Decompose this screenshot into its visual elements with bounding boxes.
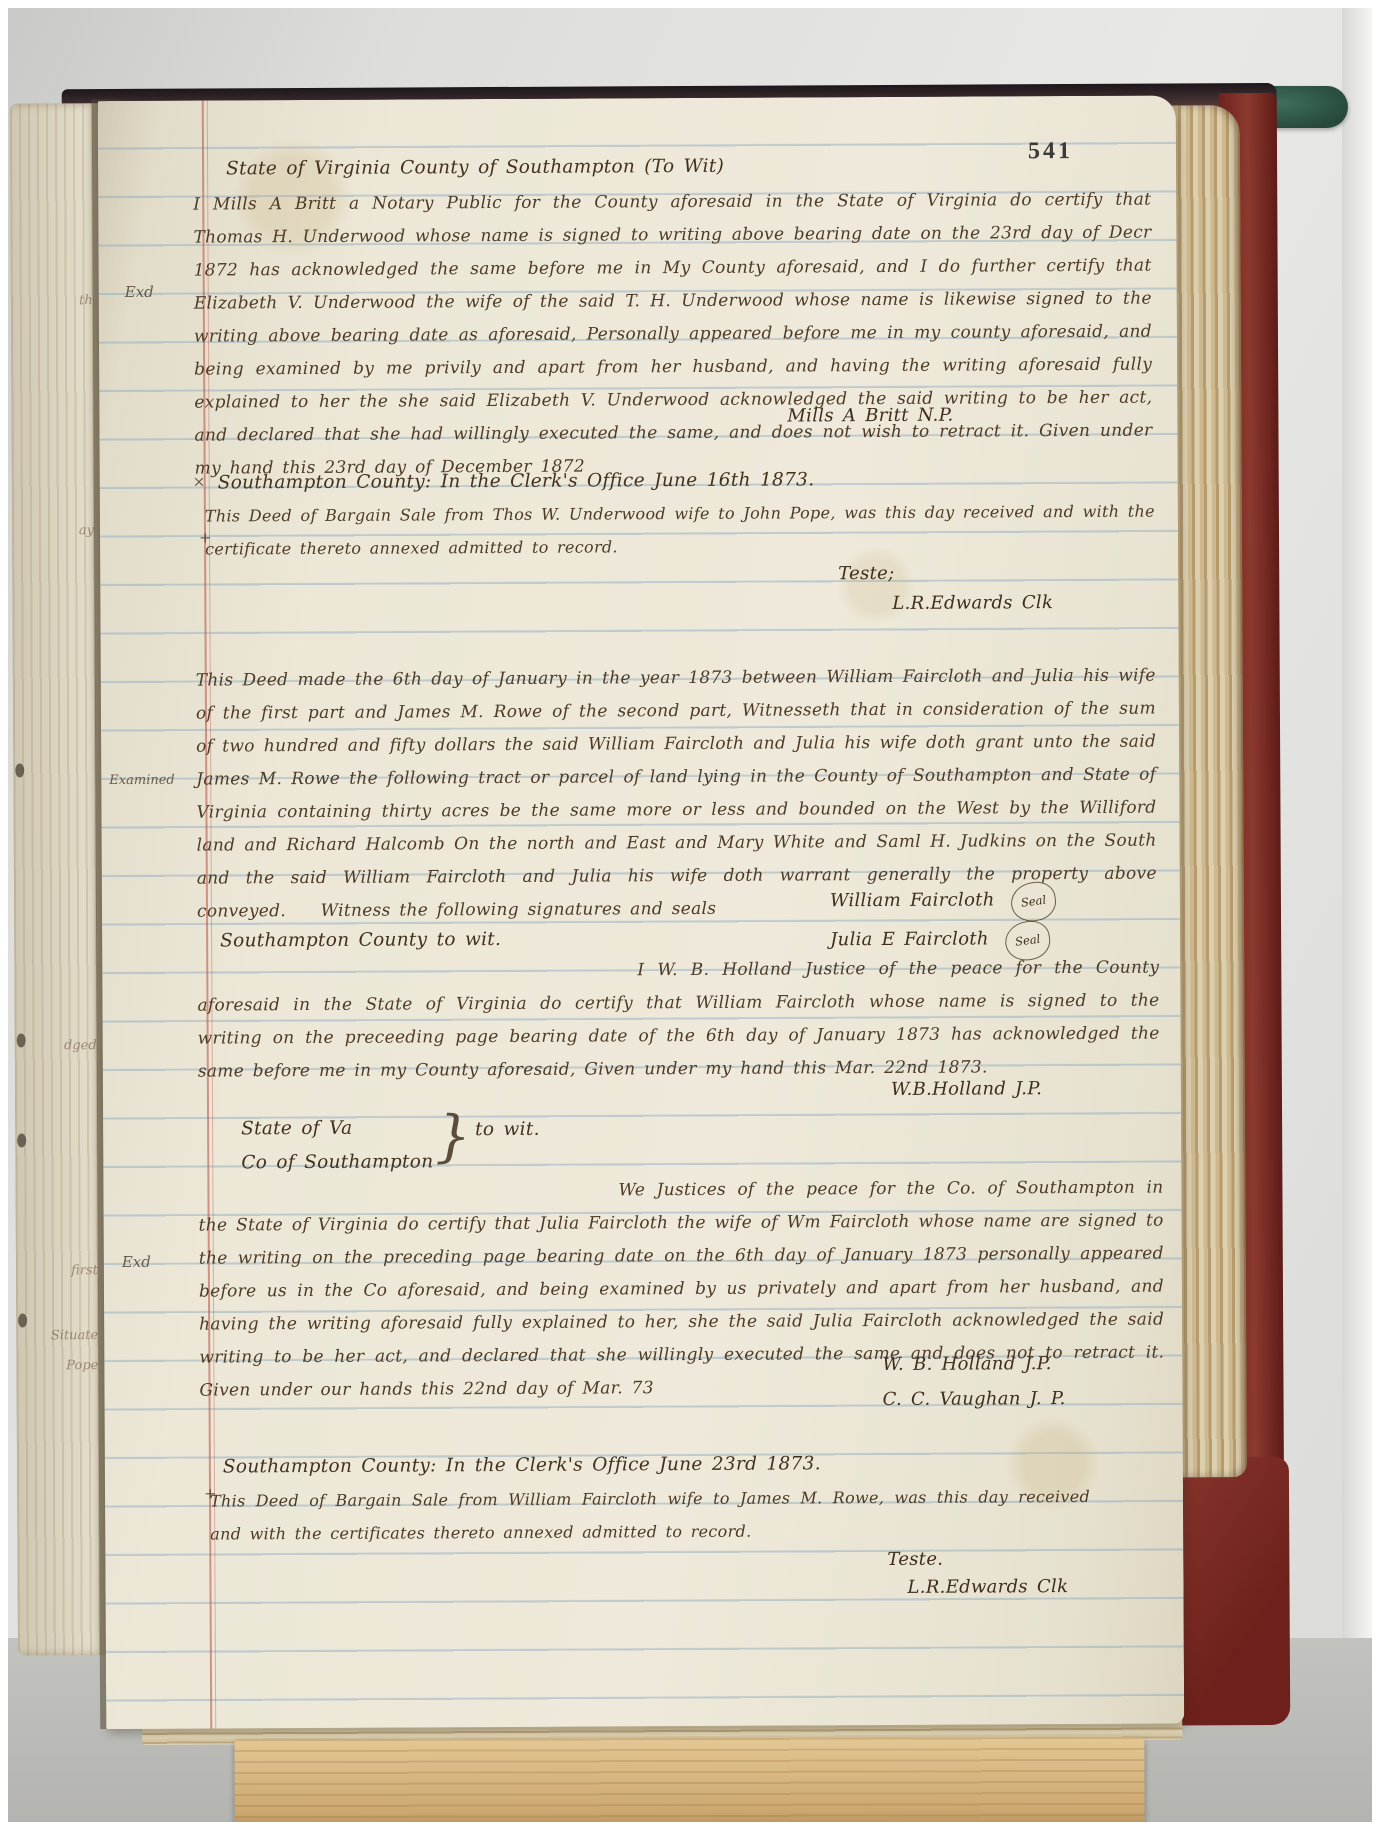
notary-body: I Mills A Britt a Notary Public for the … (193, 184, 1153, 486)
binding-stub (17, 1133, 26, 1147)
ack1-heading: Southampton County to wit. (220, 923, 501, 957)
ack2-heading-line2: Co of Southampton (241, 1145, 433, 1179)
ack2-signatures: W. B. Holland J.P. C. C. Vaughan J. P. (882, 1346, 1066, 1417)
notary-heading: State of Virginia County of Southampton … (226, 150, 724, 186)
grantor-signature: William Faircloth (830, 889, 995, 911)
clerk1-attestation: Teste; (838, 557, 894, 590)
photo-frame: th ay dged first Situate Pope 541 Exd × … (8, 8, 1372, 1822)
left-page-text-fragment: Pope (66, 1358, 98, 1373)
ack2-signature-1: W. B. Holland J.P. (882, 1346, 1065, 1382)
clerk1-signature: L.R.Edwards Clk (892, 586, 1053, 620)
margin-note-examined: Examined (109, 773, 175, 788)
wooden-board (234, 1737, 1144, 1822)
page-number: 541 (1028, 138, 1073, 165)
ack2-heading-line1: State of Va (241, 1112, 352, 1146)
grantor-signature-2: Julia E Faircloth (830, 928, 989, 950)
ack1-body: I W. B. Holland Justice of the peace for… (197, 952, 1160, 1089)
left-page-text-fragment: dged (64, 1038, 97, 1053)
left-page-text-fragment: Situate (51, 1328, 98, 1343)
deed-signature-1: William FairclothSeal (830, 882, 1056, 922)
binding-stub (15, 763, 24, 777)
clerk1-heading: Southampton County: In the Clerk's Offic… (218, 463, 815, 499)
margin-note-exd: Exd (125, 283, 154, 301)
deed-book: th ay dged first Situate Pope 541 Exd × … (8, 8, 1372, 1822)
ledger-page: 541 Exd × + Examined Exd + State of Virg… (98, 95, 1185, 1729)
left-page-text-fragment: ay (79, 523, 94, 538)
margin-note-exd-2: Exd (122, 1253, 151, 1271)
brace-glyph: } (435, 1107, 471, 1167)
clerk2-heading: Southampton County: In the Clerk's Offic… (223, 1447, 821, 1483)
left-page-text-fragment: first (71, 1263, 98, 1278)
binding-stub (17, 1033, 26, 1047)
clerk2-signature: L.R.Edwards Clk (907, 1570, 1068, 1604)
left-page-edge: th ay dged first Situate Pope (10, 103, 106, 1655)
ack1-signature: W.B.Holland J.P. (891, 1072, 1042, 1106)
ack2-to-wit: to wit. (475, 1113, 540, 1146)
seal-scribble: Seal (1008, 879, 1058, 923)
clerk2-body: This Deed of Bargain Sale from William F… (210, 1480, 1090, 1551)
binding-stub (18, 1313, 27, 1327)
deed-signatures: William FairclothSeal Julia E FairclothS… (830, 882, 1056, 961)
ack2-signature-2: C. C. Vaughan J. P. (882, 1381, 1065, 1417)
left-page-text-fragment: th (79, 293, 93, 308)
clerk1-body: This Deed of Bargain Sale from Thos W. U… (205, 495, 1155, 566)
notary-signature: Mills A Britt N.P. (787, 399, 953, 433)
